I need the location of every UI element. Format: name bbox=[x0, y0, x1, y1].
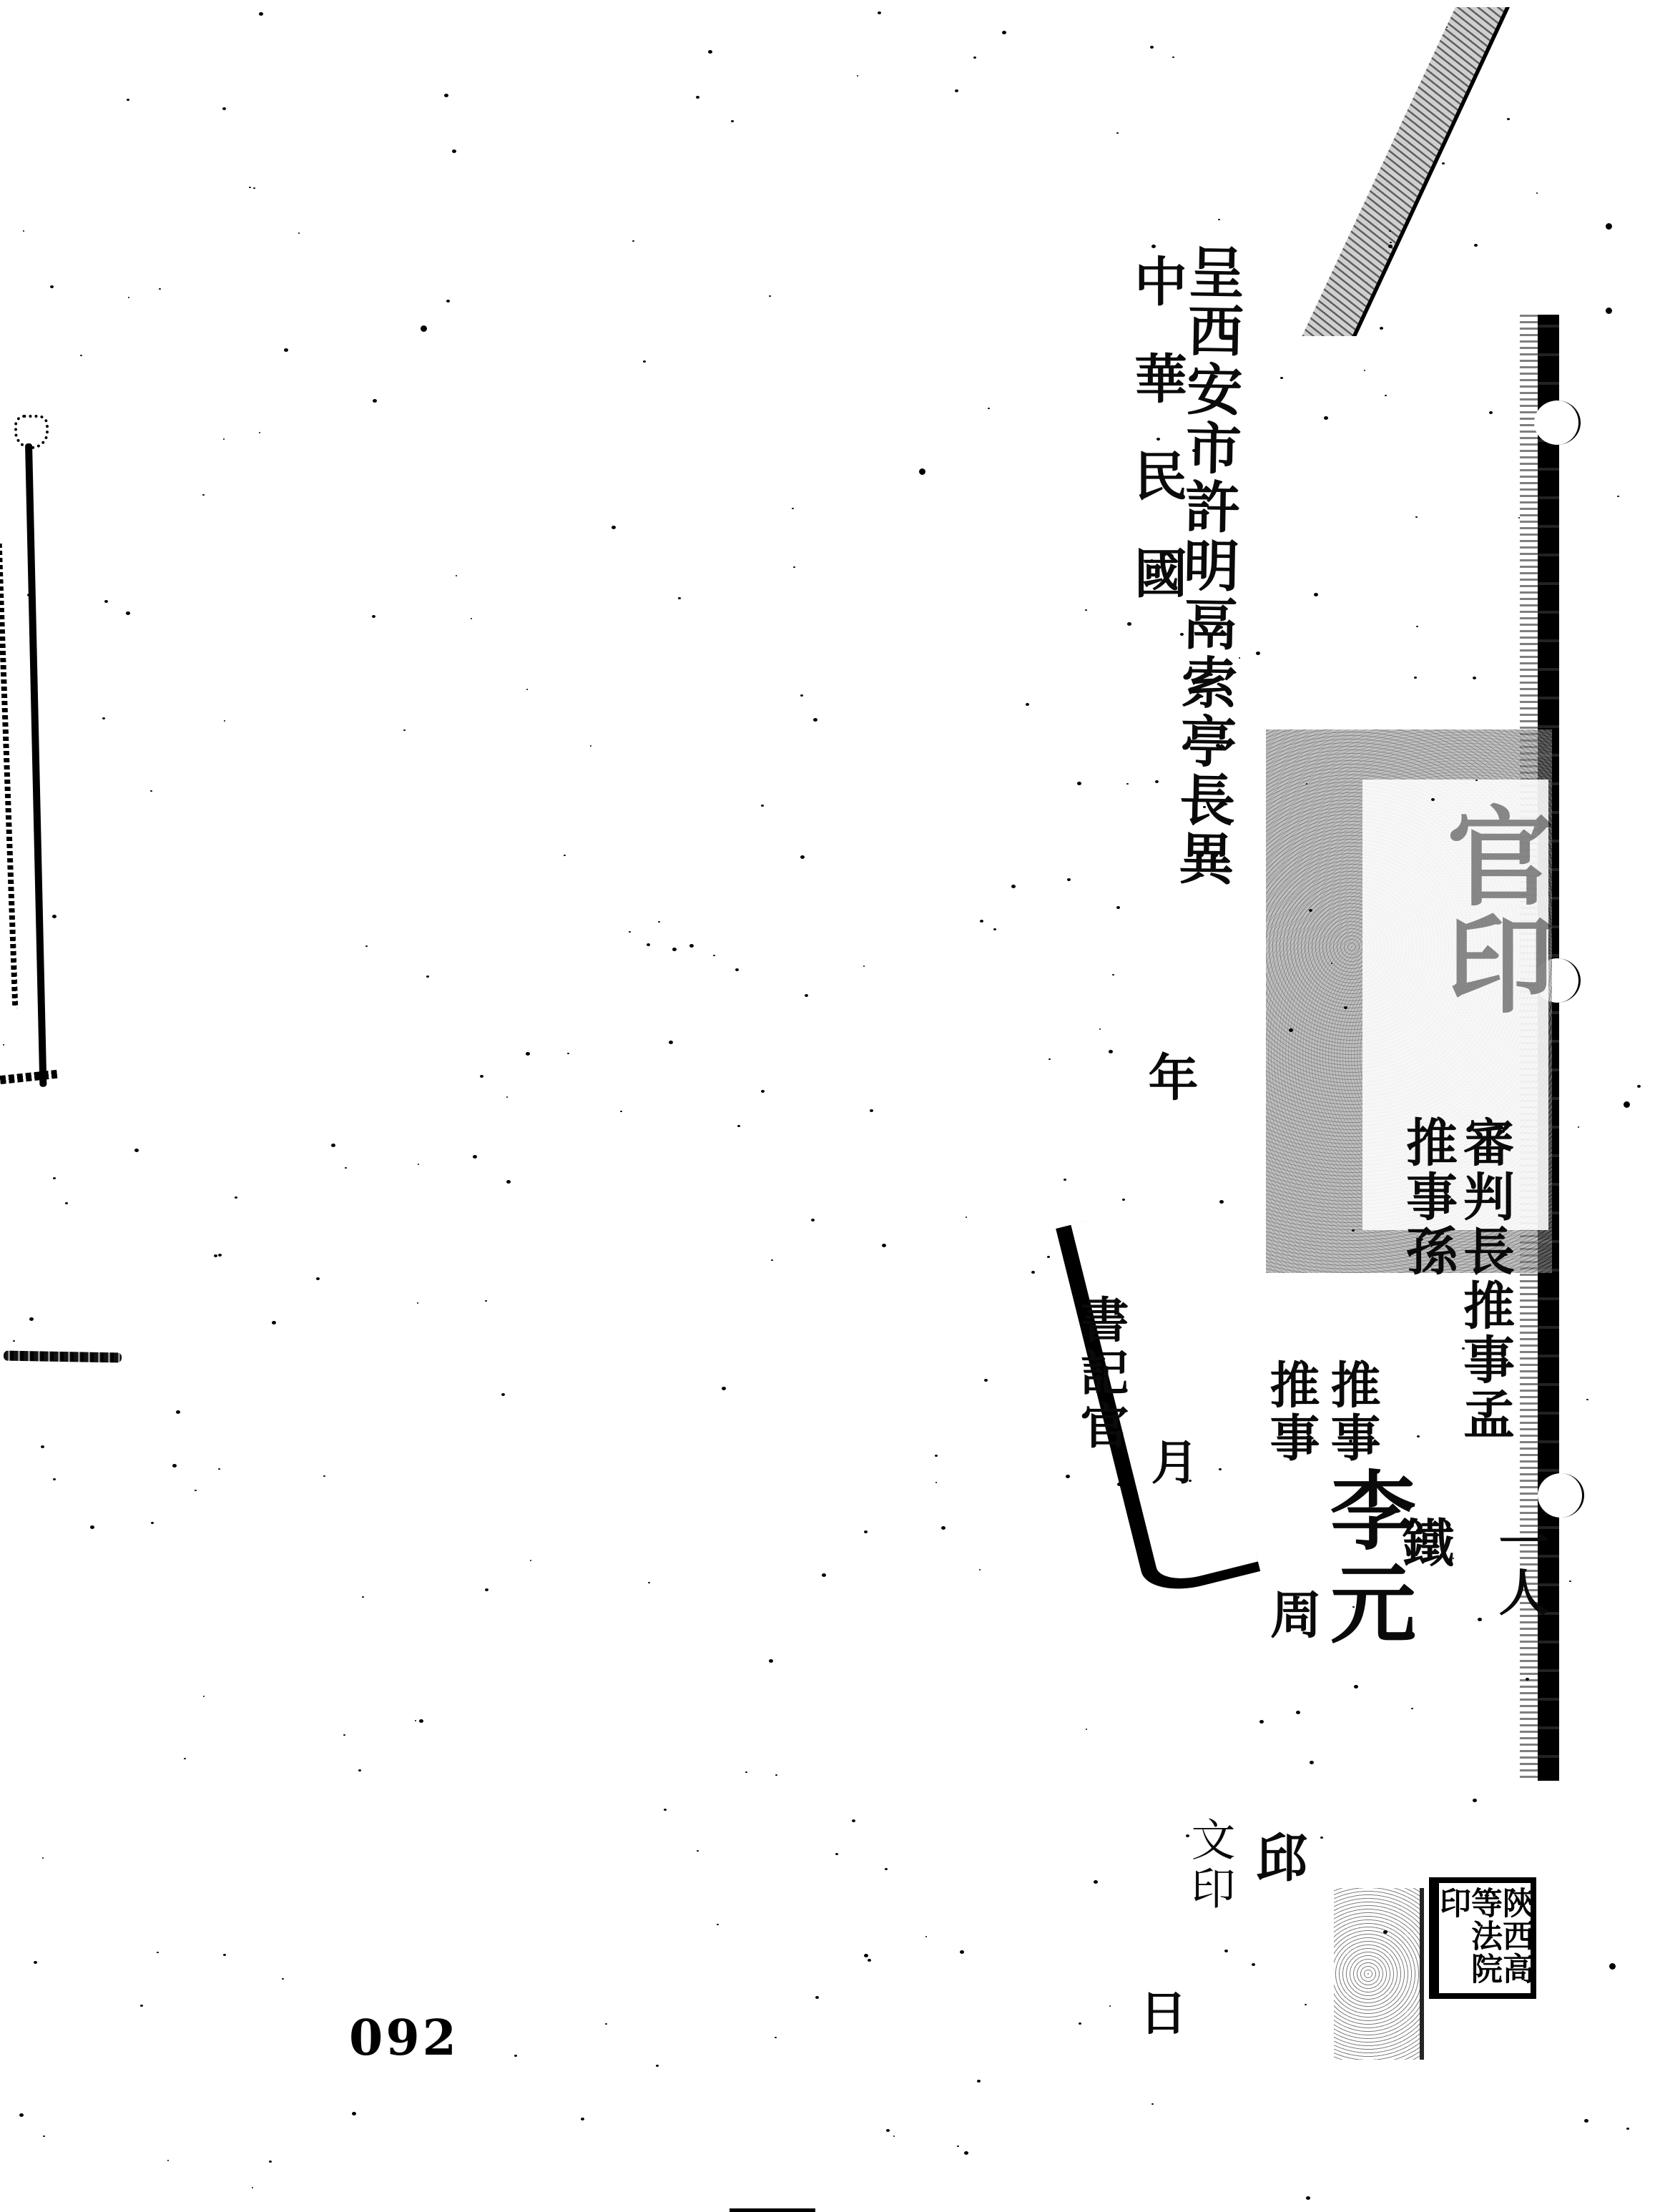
scan-speck bbox=[868, 1959, 871, 1962]
scan-speck bbox=[223, 438, 225, 440]
scan-speck bbox=[605, 2023, 607, 2025]
scan-speck bbox=[672, 948, 677, 951]
scan-speck bbox=[1306, 2196, 1310, 2200]
scan-speck bbox=[421, 325, 427, 332]
scan-speck bbox=[885, 1868, 888, 1870]
scan-speck bbox=[126, 611, 130, 615]
scan-speck bbox=[769, 295, 771, 297]
scan-speck bbox=[581, 2118, 584, 2120]
scan-speck bbox=[1067, 878, 1071, 881]
scan-speck bbox=[1606, 308, 1612, 314]
scan-speck bbox=[272, 1321, 276, 1324]
scan-speck bbox=[65, 1202, 68, 1204]
scan-speck bbox=[530, 1560, 531, 1561]
scan-speck bbox=[737, 1125, 740, 1127]
punch-hole bbox=[1538, 1473, 1584, 1518]
scan-speck bbox=[1117, 1483, 1121, 1486]
scan-speck bbox=[1473, 677, 1476, 679]
scan-speck bbox=[282, 1978, 284, 1980]
scan-speck bbox=[19, 2113, 24, 2117]
scan-speck bbox=[1415, 516, 1418, 518]
scan-speck bbox=[526, 689, 528, 690]
scan-speck bbox=[870, 1109, 873, 1112]
scan-speck bbox=[717, 1924, 719, 1925]
scan-speck bbox=[1507, 118, 1510, 120]
scan-speck bbox=[658, 921, 660, 923]
scan-speck bbox=[1473, 1799, 1477, 1802]
scan-speck bbox=[1314, 593, 1318, 596]
scan-speck bbox=[590, 745, 591, 747]
scan-speck bbox=[485, 1588, 488, 1591]
scan-speck bbox=[53, 1177, 56, 1179]
scan-speck bbox=[973, 56, 976, 59]
scan-speck bbox=[134, 1149, 139, 1152]
scan-speck bbox=[1540, 1593, 1542, 1594]
page-number: 092 bbox=[349, 2010, 459, 2067]
scan-speck bbox=[647, 943, 650, 946]
scan-speck bbox=[1126, 783, 1129, 785]
left-page-edge-line bbox=[25, 443, 46, 1087]
court-seal-text: 陝西高等法院印 bbox=[1438, 1887, 1531, 1994]
scan-speck bbox=[444, 94, 448, 97]
scan-speck bbox=[955, 89, 958, 92]
scan-speck bbox=[1453, 1558, 1454, 1559]
scan-speck bbox=[669, 1041, 673, 1044]
scan-speck bbox=[960, 1950, 964, 1954]
scan-speck bbox=[731, 120, 734, 122]
scan-speck bbox=[506, 1096, 508, 1098]
signature-judge-sun: 推事孫 bbox=[1402, 1116, 1453, 1279]
scan-speck bbox=[1150, 46, 1154, 49]
scan-speck bbox=[128, 297, 129, 298]
scan-speck bbox=[415, 1720, 416, 1721]
scan-speck bbox=[1626, 2128, 1629, 2130]
scan-speck bbox=[697, 1850, 699, 1852]
scan-speck bbox=[822, 1573, 826, 1577]
scan-speck bbox=[1417, 1435, 1420, 1437]
scan-speck bbox=[284, 348, 288, 352]
signature-zhou: 周 bbox=[1266, 1588, 1317, 1646]
scan-speck bbox=[1389, 230, 1391, 232]
scan-speck bbox=[925, 1936, 927, 1937]
seal-impression-medium bbox=[1334, 1888, 1424, 2060]
scan-speck bbox=[620, 1111, 622, 1112]
scan-speck bbox=[864, 1530, 868, 1533]
scan-speck bbox=[1442, 162, 1445, 164]
scan-speck bbox=[1526, 1678, 1529, 1681]
scan-speck bbox=[42, 1857, 44, 1859]
scan-speck bbox=[1569, 1581, 1571, 1582]
scan-speck bbox=[358, 1769, 361, 1771]
official-seal-text: 官印 bbox=[1366, 801, 1545, 1016]
scan-speck bbox=[43, 2135, 45, 2137]
scan-speck bbox=[1383, 1930, 1388, 1934]
scan-speck bbox=[1609, 1963, 1616, 1970]
scan-speck bbox=[23, 230, 24, 232]
scan-speck bbox=[1578, 1126, 1579, 1128]
scan-speck bbox=[1446, 26, 1448, 28]
scan-speck bbox=[811, 1219, 815, 1221]
scan-speck bbox=[471, 618, 472, 619]
scan-speck bbox=[1002, 31, 1006, 34]
scan-speck bbox=[835, 1853, 838, 1855]
scan-speck bbox=[769, 1659, 773, 1663]
scan-speck bbox=[249, 187, 251, 188]
scan-speck bbox=[218, 1254, 222, 1257]
scan-speck bbox=[140, 2005, 143, 2007]
scan-speck bbox=[1478, 1618, 1482, 1621]
scan-speck bbox=[1280, 377, 1283, 379]
scan-speck bbox=[1077, 782, 1081, 785]
scan-speck bbox=[252, 2187, 253, 2188]
clerk-title: 書記官 bbox=[1076, 1294, 1125, 1453]
scan-speck bbox=[485, 1300, 487, 1302]
scan-speck bbox=[1085, 609, 1087, 611]
scan-speck bbox=[1192, 449, 1196, 452]
scan-speck bbox=[800, 694, 803, 697]
date-day-label: 日 bbox=[1136, 1988, 1183, 2035]
scan-speck bbox=[373, 399, 377, 403]
scan-speck bbox=[1151, 245, 1156, 248]
scan-speck bbox=[805, 994, 808, 997]
scan-speck bbox=[159, 288, 161, 290]
scan-speck bbox=[50, 285, 54, 288]
scan-speck bbox=[761, 805, 764, 807]
scan-speck bbox=[1151, 2103, 1154, 2105]
scan-speck bbox=[1349, 1440, 1352, 1442]
scan-speck bbox=[1047, 1256, 1050, 1258]
scan-speck bbox=[184, 1758, 186, 1759]
seal-label-text: 文印 bbox=[1187, 1817, 1232, 1914]
scan-speck bbox=[1224, 1950, 1228, 1952]
scan-speck bbox=[1364, 370, 1365, 371]
scan-speck bbox=[1489, 411, 1493, 414]
scan-speck bbox=[882, 1244, 886, 1247]
scan-speck bbox=[452, 149, 456, 153]
scan-speck bbox=[1079, 2022, 1081, 2025]
scan-speck bbox=[1064, 1179, 1066, 1181]
scan-speck bbox=[1239, 657, 1240, 659]
scan-speck bbox=[456, 575, 457, 576]
punch-hole bbox=[1534, 400, 1581, 445]
scan-speck bbox=[1352, 1606, 1355, 1608]
scan-speck bbox=[259, 432, 260, 433]
scan-speck bbox=[1151, 559, 1153, 561]
scan-speck bbox=[1109, 2005, 1111, 2007]
scan-speck bbox=[988, 408, 990, 409]
scan-speck bbox=[343, 1734, 345, 1736]
scan-speck bbox=[1127, 622, 1131, 626]
scan-speck bbox=[446, 300, 450, 303]
date-era-column: 中華民國 bbox=[1130, 254, 1183, 643]
scan-speck bbox=[800, 855, 805, 859]
scan-speck bbox=[1306, 783, 1307, 785]
scan-speck bbox=[362, 1596, 364, 1598]
scan-speck bbox=[352, 2112, 356, 2115]
scan-speck bbox=[253, 187, 255, 189]
scan-speck bbox=[323, 1475, 325, 1477]
scan-speck bbox=[1252, 1963, 1255, 1966]
scan-speck bbox=[514, 2055, 517, 2057]
scan-speck bbox=[979, 1569, 981, 1570]
scan-speck bbox=[1128, 1480, 1131, 1483]
scan-speck bbox=[3, 1044, 4, 1046]
scan-speck bbox=[1586, 1399, 1588, 1400]
scan-speck bbox=[418, 1164, 419, 1165]
scan-speck bbox=[815, 1996, 819, 1999]
scan-speck bbox=[1617, 496, 1619, 497]
scan-speck bbox=[980, 920, 983, 923]
scan-speck bbox=[1172, 56, 1174, 58]
scan-speck bbox=[52, 915, 57, 918]
scan-speck bbox=[564, 855, 566, 856]
scan-speck bbox=[172, 1464, 177, 1468]
scan-speck bbox=[1189, 1480, 1192, 1482]
scan-speck bbox=[993, 928, 996, 930]
scan-speck bbox=[27, 594, 31, 596]
scan-speck bbox=[964, 2151, 968, 2155]
scan-speck bbox=[29, 1317, 34, 1321]
scan-speck bbox=[629, 931, 631, 933]
scan-speck bbox=[202, 494, 205, 496]
scan-speck bbox=[53, 1478, 56, 1480]
scan-speck bbox=[689, 944, 694, 948]
scan-speck bbox=[214, 1254, 217, 1257]
scan-speck bbox=[864, 1954, 868, 1957]
scan-speck bbox=[235, 1196, 237, 1199]
scan-speck bbox=[1309, 909, 1312, 912]
scan-speck bbox=[761, 1090, 765, 1093]
annotation-mark: 一人 bbox=[1495, 1516, 1545, 1616]
scan-speck bbox=[1026, 703, 1029, 706]
scan-speck bbox=[104, 600, 108, 603]
scan-speck bbox=[1203, 806, 1206, 808]
scan-speck bbox=[664, 1809, 667, 1811]
scan-speck bbox=[222, 107, 226, 110]
scan-speck bbox=[656, 2065, 659, 2067]
scan-speck bbox=[1289, 1028, 1293, 1032]
scan-speck bbox=[708, 50, 712, 54]
scan-speck bbox=[1536, 192, 1538, 194]
scan-speck bbox=[678, 597, 681, 599]
scan-speck bbox=[1218, 219, 1220, 220]
scan-speck bbox=[127, 99, 129, 101]
scan-speck bbox=[1031, 1271, 1035, 1274]
scan-speck bbox=[501, 1393, 505, 1396]
scan-speck bbox=[878, 11, 881, 14]
bottom-mark bbox=[730, 2208, 815, 2212]
scan-speck bbox=[735, 968, 739, 971]
scan-speck bbox=[935, 1482, 937, 1483]
scan-speck bbox=[941, 1526, 946, 1530]
scan-speck bbox=[1462, 1347, 1465, 1350]
date-year-label: 年 bbox=[1144, 1051, 1194, 1101]
scan-speck bbox=[1584, 2119, 1588, 2123]
scan-speck bbox=[1331, 963, 1332, 964]
scan-speck bbox=[984, 1379, 988, 1382]
scan-speck bbox=[1259, 1720, 1264, 1724]
scan-speck bbox=[218, 1468, 220, 1470]
scan-speck bbox=[612, 526, 616, 529]
scan-speck bbox=[403, 729, 406, 731]
scan-speck bbox=[1385, 395, 1387, 396]
scan-speck bbox=[1414, 677, 1417, 679]
scan-speck bbox=[34, 1961, 37, 1964]
scan-speck bbox=[643, 360, 646, 363]
scan-speck bbox=[771, 1259, 773, 1261]
scan-speck bbox=[224, 720, 225, 722]
scan-speck bbox=[1388, 245, 1393, 248]
scan-speck bbox=[1156, 438, 1160, 441]
scan-speck bbox=[372, 615, 375, 618]
scan-speck bbox=[1606, 223, 1612, 230]
scan-speck bbox=[893, 2135, 895, 2137]
left-page-edge-foot bbox=[0, 1070, 57, 1084]
scan-speck bbox=[857, 75, 858, 77]
scan-speck bbox=[813, 718, 817, 722]
scan-speck bbox=[1219, 1200, 1224, 1204]
scan-speck bbox=[1637, 1085, 1641, 1088]
scan-speck bbox=[1099, 1028, 1101, 1030]
signature-presiding-judge: 審判長推事孟 bbox=[1459, 1116, 1511, 1442]
scan-speck bbox=[526, 1052, 530, 1056]
scan-speck bbox=[1296, 1711, 1300, 1714]
scan-speck bbox=[1390, 242, 1392, 243]
scan-speck bbox=[1354, 1685, 1358, 1689]
scan-speck bbox=[195, 1490, 197, 1491]
left-page-edge-bottom bbox=[4, 1351, 122, 1363]
scan-speck bbox=[176, 1410, 180, 1414]
scan-speck bbox=[480, 1075, 483, 1078]
scan-speck bbox=[331, 1144, 335, 1147]
scan-speck bbox=[713, 955, 715, 956]
scan-speck bbox=[13, 1340, 15, 1342]
scan-speck bbox=[957, 2145, 959, 2147]
signature-judge-4: 推事 bbox=[1266, 1359, 1316, 1465]
scan-speck bbox=[316, 1277, 320, 1280]
scan-speck bbox=[1122, 1199, 1125, 1201]
binding-edge-diagonal bbox=[1302, 7, 1510, 336]
scan-speck bbox=[506, 1180, 511, 1184]
scan-speck bbox=[1066, 1475, 1070, 1478]
scan-speck bbox=[648, 1582, 650, 1583]
scan-speck bbox=[722, 1387, 726, 1390]
scan-speck bbox=[1310, 1761, 1314, 1764]
scan-speck bbox=[567, 1053, 569, 1054]
scan-speck bbox=[426, 975, 429, 978]
scan-speck bbox=[269, 2161, 272, 2163]
scan-speck bbox=[793, 566, 795, 568]
signature-given-name: 鐵 bbox=[1398, 1516, 1450, 1618]
scan-speck bbox=[1086, 1729, 1087, 1730]
scan-speck bbox=[1094, 1880, 1098, 1884]
scan-speck bbox=[167, 2160, 169, 2161]
scan-speck bbox=[419, 1719, 423, 1723]
scan-speck bbox=[371, 2029, 373, 2030]
scan-speck bbox=[1324, 416, 1328, 420]
scan-speck bbox=[223, 1954, 226, 1956]
scan-speck bbox=[919, 468, 925, 475]
scan-speck bbox=[1352, 1229, 1355, 1232]
scan-speck bbox=[150, 790, 152, 792]
scan-speck bbox=[1416, 626, 1418, 627]
signature-judge-3: 推事 bbox=[1327, 1359, 1377, 1465]
scanned-document-page: 官印 呈西安市許明鬲索亭長異 中華民國 年 書記官 月 日 審判長推事孟 推事孫… bbox=[0, 0, 1660, 2212]
scan-speck bbox=[298, 232, 300, 234]
date-month-label: 月 bbox=[1147, 1437, 1194, 1485]
scan-speck bbox=[935, 1455, 938, 1457]
scan-speck bbox=[1431, 798, 1435, 801]
scan-speck bbox=[1048, 1058, 1051, 1060]
scan-speck bbox=[775, 1774, 777, 1776]
scan-speck bbox=[1155, 780, 1159, 783]
scan-speck bbox=[203, 1696, 205, 1697]
scan-speck bbox=[632, 240, 634, 242]
scan-speck bbox=[90, 1525, 94, 1529]
scan-speck bbox=[1116, 906, 1120, 909]
scan-speck bbox=[1011, 885, 1016, 888]
scan-speck bbox=[977, 2080, 981, 2083]
scan-speck bbox=[852, 1819, 855, 1822]
scan-speck bbox=[1116, 132, 1119, 134]
scan-speck bbox=[1624, 1101, 1630, 1108]
scan-speck bbox=[1109, 1050, 1113, 1053]
scan-speck bbox=[792, 508, 794, 509]
scan-speck bbox=[157, 1952, 159, 1953]
scan-speck bbox=[80, 355, 82, 356]
scan-speck bbox=[775, 2037, 777, 2038]
scan-speck bbox=[365, 945, 368, 947]
scan-speck bbox=[259, 12, 263, 16]
scan-speck bbox=[1474, 244, 1478, 247]
scan-speck bbox=[1305, 2004, 1307, 2005]
scan-speck bbox=[1180, 633, 1184, 636]
scan-speck bbox=[1380, 327, 1383, 330]
scan-speck bbox=[1216, 744, 1220, 747]
scan-speck bbox=[863, 965, 865, 967]
scan-speck bbox=[1186, 1834, 1189, 1837]
scan-speck bbox=[41, 1445, 44, 1448]
scan-speck bbox=[696, 96, 699, 99]
scan-speck bbox=[1411, 1708, 1413, 1709]
scan-speck bbox=[1518, 517, 1520, 518]
left-page-edge-line bbox=[0, 544, 18, 1008]
scan-speck bbox=[1204, 672, 1206, 673]
signature-qiu: 邱 bbox=[1252, 1831, 1303, 1882]
scan-speck bbox=[151, 1522, 154, 1524]
scan-speck bbox=[1219, 1468, 1222, 1470]
scan-speck bbox=[886, 2129, 890, 2132]
scan-speck bbox=[102, 717, 105, 719]
scan-speck bbox=[1256, 652, 1260, 655]
scan-speck bbox=[1344, 1006, 1347, 1009]
scan-speck bbox=[966, 1216, 967, 1218]
scan-speck bbox=[417, 1302, 418, 1304]
scan-speck bbox=[473, 1155, 477, 1159]
scan-speck bbox=[345, 1167, 347, 1169]
scan-speck bbox=[1320, 1837, 1323, 1839]
scan-speck bbox=[745, 1771, 747, 1773]
scan-speck bbox=[1475, 780, 1478, 781]
scan-speck bbox=[1112, 974, 1114, 975]
